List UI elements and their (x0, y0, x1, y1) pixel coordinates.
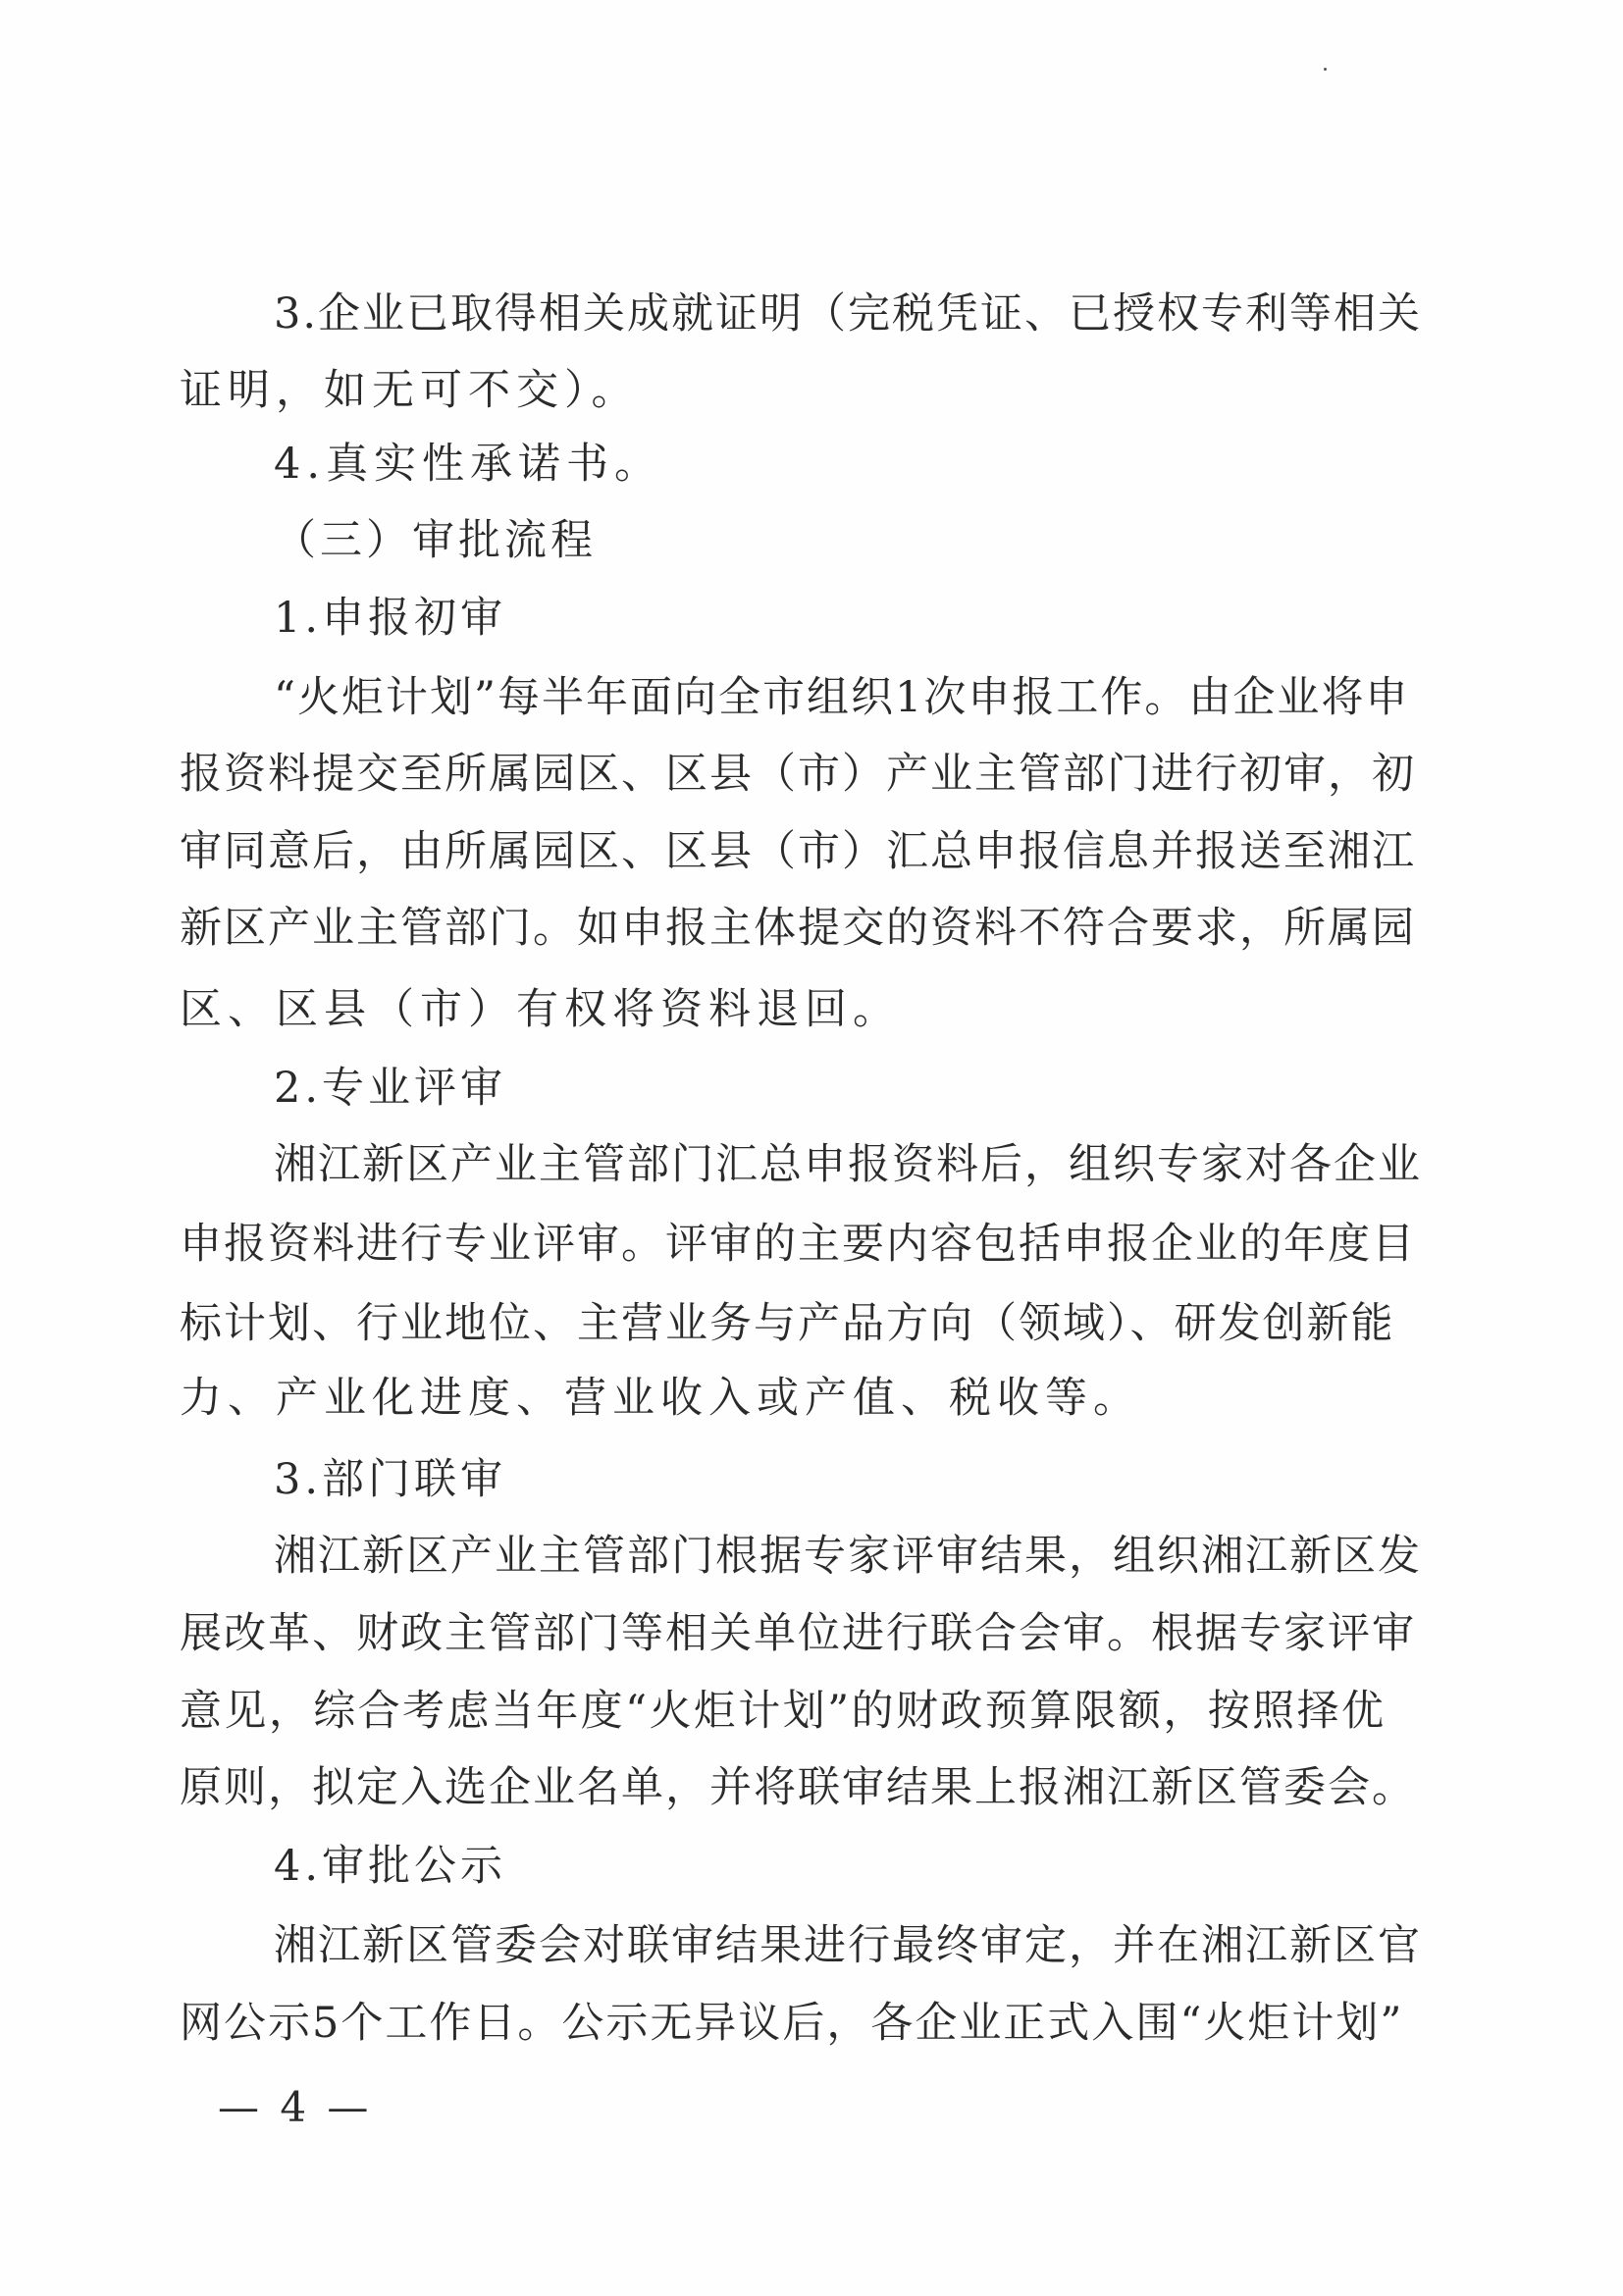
subheading-joint-review: 3.部门联审 (274, 1450, 1386, 1509)
subheading-initial-review: 1.申报初审 (274, 589, 1386, 648)
text-line-20: 原则，拟定入选企业名单，并将联审结果上报湘江新区管委会。 (180, 1758, 1386, 1817)
text-line-8: 审同意后，由所属园区、区县（市）汇总申报信息并报送至湘江 (180, 822, 1386, 881)
text-line-23: 网公示5个工作日。公示无异议后，各企业正式入围“火炬计划” (180, 1994, 1386, 2053)
text-line-7: 报资料提交至所属园区、区县（市）产业主管部门进行初审，初 (180, 745, 1386, 804)
text-line-3: 4.真实性承诺书。 (274, 435, 1386, 494)
text-line-10: 区、区县（市）有权将资料退回。 (180, 980, 1386, 1039)
text-line-13: 申报资料进行专业评审。评审的主要内容包括申报企业的年度目 (180, 1215, 1386, 1274)
text-line-1: 3.企业已取得相关成就证明（完税凭证、已授权专利等相关 (274, 285, 1386, 343)
page-number: — 4 — (218, 2080, 372, 2135)
subheading-approval-publicity: 4.审批公示 (274, 1837, 1386, 1896)
scan-speck (1324, 68, 1327, 71)
text-line-9: 新区产业主管部门。如申报主体提交的资料不符合要求，所属园 (180, 899, 1386, 958)
text-line-19: 意见，综合考虑当年度“火炬计划”的财政预算限额，按照择优 (180, 1682, 1386, 1741)
text-line-2: 证明，如无可不交）。 (180, 361, 1386, 420)
text-line-12: 湘江新区产业主管部门汇总申报资料后，组织专家对各企业 (274, 1135, 1386, 1194)
text-line-22: 湘江新区管委会对联审结果进行最终审定，并在湘江新区官 (274, 1916, 1386, 1975)
text-line-14: 标计划、行业地位、主营业务与产品方向（领域）、研发创新能 (180, 1294, 1386, 1353)
document-page: 3.企业已取得相关成就证明（完税凭证、已授权专利等相关 证明，如无可不交）。 4… (0, 0, 1623, 2296)
text-line-17: 湘江新区产业主管部门根据专家评审结果，组织湘江新区发 (274, 1527, 1386, 1586)
text-line-18: 展改革、财政主管部门等相关单位进行联合会审。根据专家评审 (180, 1604, 1386, 1663)
section-heading-approval-process: （三）审批流程 (274, 511, 1386, 570)
subheading-expert-review: 2.专业评审 (274, 1059, 1386, 1118)
text-line-15: 力、产业化进度、营业收入或产值、税收等。 (180, 1369, 1386, 1428)
text-line-6: “火炬计划”每半年面向全市组织1次申报工作。由企业将申 (274, 668, 1386, 727)
